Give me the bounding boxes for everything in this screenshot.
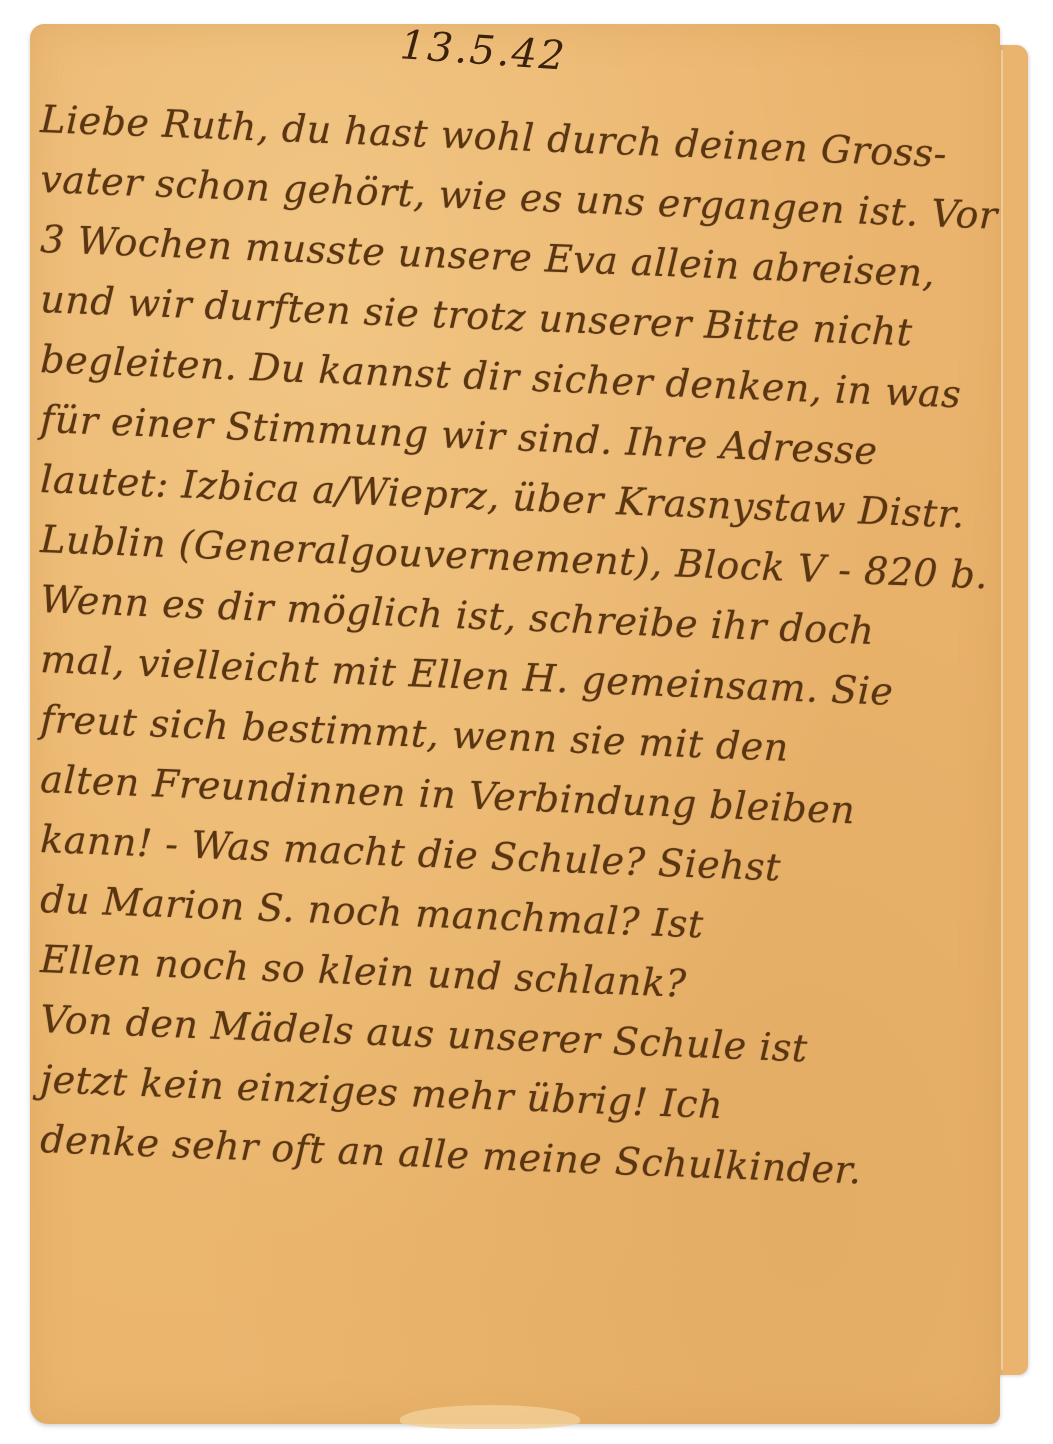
- fold-crease: [1001, 50, 1003, 1370]
- letter-body: Liebe Ruth, du hast wohl durch deinen Gr…: [40, 100, 1000, 1180]
- torn-edge: [400, 1405, 580, 1429]
